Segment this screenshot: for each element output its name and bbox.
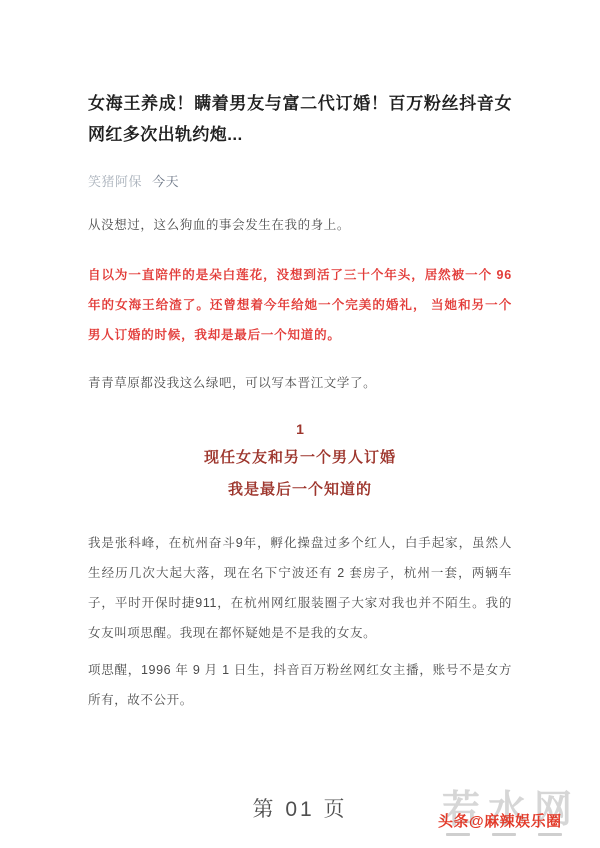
watermark-subtext-bar bbox=[492, 833, 516, 836]
watermark-subtext-bar bbox=[538, 833, 562, 836]
publish-date: 今天 bbox=[152, 174, 179, 189]
section-title-line1: 现任女友和另一个男人订婚 bbox=[88, 442, 512, 474]
section-title-line2: 我是最后一个知道的 bbox=[88, 474, 512, 506]
author-line: 笑猪阿保 今天 bbox=[88, 174, 512, 190]
watermark-repost-overlay: 头条@麻辣娱乐圈 bbox=[438, 810, 562, 831]
author-name-link[interactable]: 笑猪阿保 bbox=[88, 174, 142, 189]
watermark-subtext-row bbox=[446, 833, 594, 836]
paragraph-girlfriend-info: 项思醒，1996 年 9 月 1 日生，抖音百万粉丝网红女主播，账号不是女方所有… bbox=[88, 655, 512, 715]
article-content: 女海王养成！瞒着男友与富二代订婚！百万粉丝抖音女网红多次出轨约炮... 笑猪阿保… bbox=[0, 88, 600, 715]
article-page: 女海王养成！瞒着男友与富二代订婚！百万粉丝抖音女网红多次出轨约炮... 笑猪阿保… bbox=[0, 0, 600, 848]
section-heading: 1 现任女友和另一个男人订婚 我是最后一个知道的 bbox=[88, 416, 512, 506]
paragraph-intro: 从没想过，这么狗血的事会发生在我的身上。 bbox=[88, 210, 512, 240]
article-title: 女海王养成！瞒着男友与富二代订婚！百万粉丝抖音女网红多次出轨约炮... bbox=[88, 88, 512, 150]
watermark: 若水网 头条@麻辣娱乐圈 bbox=[442, 790, 594, 842]
paragraph-highlight-red: 自以为一直陪伴的是朵白莲花，没想到活了三十个年头，居然被一个 96 年的女海王给… bbox=[88, 260, 512, 350]
section-number: 1 bbox=[88, 416, 512, 442]
paragraph-remark: 青青草原都没我这么绿吧，可以写本晋江文学了。 bbox=[88, 368, 512, 398]
paragraph-self-intro: 我是张科峰，在杭州奋斗9年，孵化操盘过多个红人，白手起家，虽然人生经历几次大起大… bbox=[88, 528, 512, 648]
watermark-subtext-bar bbox=[446, 833, 470, 836]
